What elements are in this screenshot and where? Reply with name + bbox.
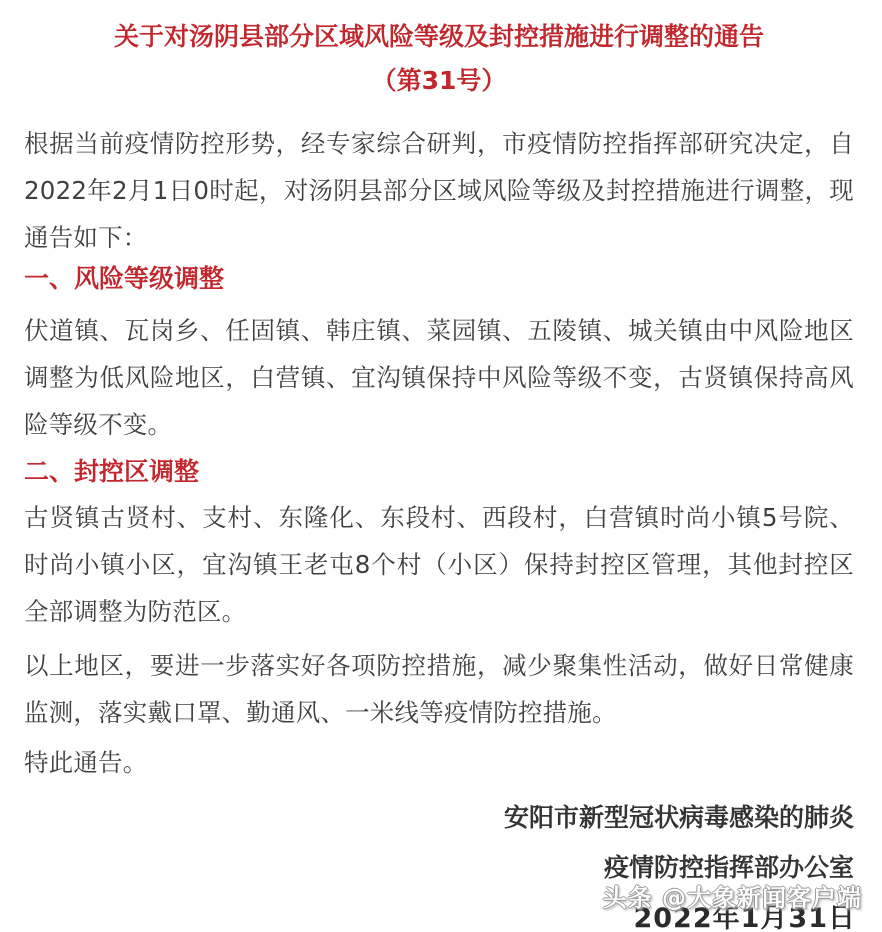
intro-paragraph: 根据当前疫情防控形势，经专家综合研判，市疫情防控指挥部研究决定，自2022年2月…	[24, 120, 854, 261]
signature-line-1: 安阳市新型冠状病毒感染的肺炎	[24, 794, 854, 841]
notice-title: 关于对汤阴县部分区域风险等级及封控措施进行调整的通告	[24, 20, 854, 54]
closing-paragraph: 特此通告。	[24, 739, 854, 786]
section-1-body: 伏道镇、瓦岗乡、任固镇、韩庄镇、菜园镇、五陵镇、城关镇由中风险地区调整为低风险地…	[24, 307, 854, 448]
watermark: 头条 @大象新闻客户端	[603, 878, 862, 913]
measures-paragraph: 以上地区，要进一步落实好各项防控措施，减少聚集性活动，做好日常健康监测，落实戴口…	[24, 642, 854, 736]
section-2-body: 古贤镇古贤村、支村、东隆化、东段村、西段村，白营镇时尚小镇5号院、时尚小镇小区，…	[24, 494, 854, 635]
notice-number: （第31号）	[24, 66, 854, 96]
section-1-heading: 一、风险等级调整	[24, 261, 854, 297]
section-2-heading: 二、封控区调整	[24, 454, 854, 490]
notice-page: 关于对汤阴县部分区域风险等级及封控措施进行调整的通告 （第31号） 根据当前疫情…	[0, 0, 882, 932]
